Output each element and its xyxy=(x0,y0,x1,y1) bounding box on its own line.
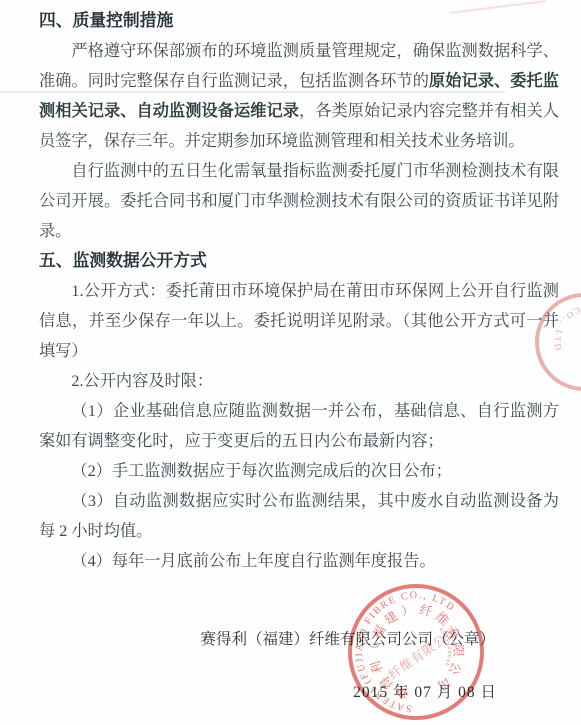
text-run: 2.公开内容及时限： xyxy=(71,372,213,390)
text-run: （4）每年一月底前公布上年度自行监测年度报告。 xyxy=(71,552,435,570)
document-body: 四、质量控制措施严格遵守环保部颁布的环境监测质量管理规定，确保监测数据科学、准确… xyxy=(39,6,559,576)
paragraph: （4）每年一月底前公布上年度自行监测年度报告。 xyxy=(39,546,559,576)
text-run: （1）企业基础信息应随监测数据一并公布，基础信息、自行监测方案如有调整变化时，应… xyxy=(39,402,559,450)
partial-seal-stamp: CO., LTD xyxy=(527,281,581,403)
text-run: （3）自动监测数据应实时公布监测结果，其中废水自动监测设备为每 2 小时均值。 xyxy=(39,492,559,540)
text-run: 自行监测中的五日生化需氧量指标监测委托厦门市华测检测技术有限公司开展。委托合同书… xyxy=(39,162,559,240)
paragraph: 严格遵守环保部颁布的环境监测质量管理规定，确保监测数据科学、准确。同时完整保存自… xyxy=(39,36,559,156)
paragraph: （3）自动监测数据应实时公布监测结果，其中废水自动监测设备为每 2 小时均值。 xyxy=(39,486,559,546)
text-run: （2）手工监测数据应于每次监测完成后的次日公布； xyxy=(71,462,451,480)
paragraph: （1）企业基础信息应随监测数据一并公布，基础信息、自行监测方案如有调整变化时，应… xyxy=(39,396,559,456)
paragraph: 1.公开方式：委托莆田市环境保护局在莆田市环保网上公开自行监测信息，并至少保存一… xyxy=(39,276,559,366)
section-heading: 五、监测数据公开方式 xyxy=(39,246,559,276)
document-page: 四、质量控制措施严格遵守环保部颁布的环境监测质量管理规定，确保监测数据科学、准确… xyxy=(0,0,581,725)
paragraph: （2）手工监测数据应于每次监测完成后的次日公布； xyxy=(39,456,559,486)
text-run: 1.公开方式：委托莆田市环境保护局在莆田市环保网上公开自行监测信息，并至少保存一… xyxy=(39,282,559,360)
company-seal-stamp: SATERI (FUJIAN) FIBRE CO., LTD 赛得利（福建）纤维… xyxy=(345,581,487,723)
paragraph: 自行监测中的五日生化需氧量指标监测委托厦门市华测检测技术有限公司开展。委托合同书… xyxy=(39,156,559,246)
section-heading: 四、质量控制措施 xyxy=(39,6,559,36)
partial-seal-ring-text: CO., LTD xyxy=(552,305,581,353)
paragraph: 2.公开内容及时限： xyxy=(39,366,559,396)
